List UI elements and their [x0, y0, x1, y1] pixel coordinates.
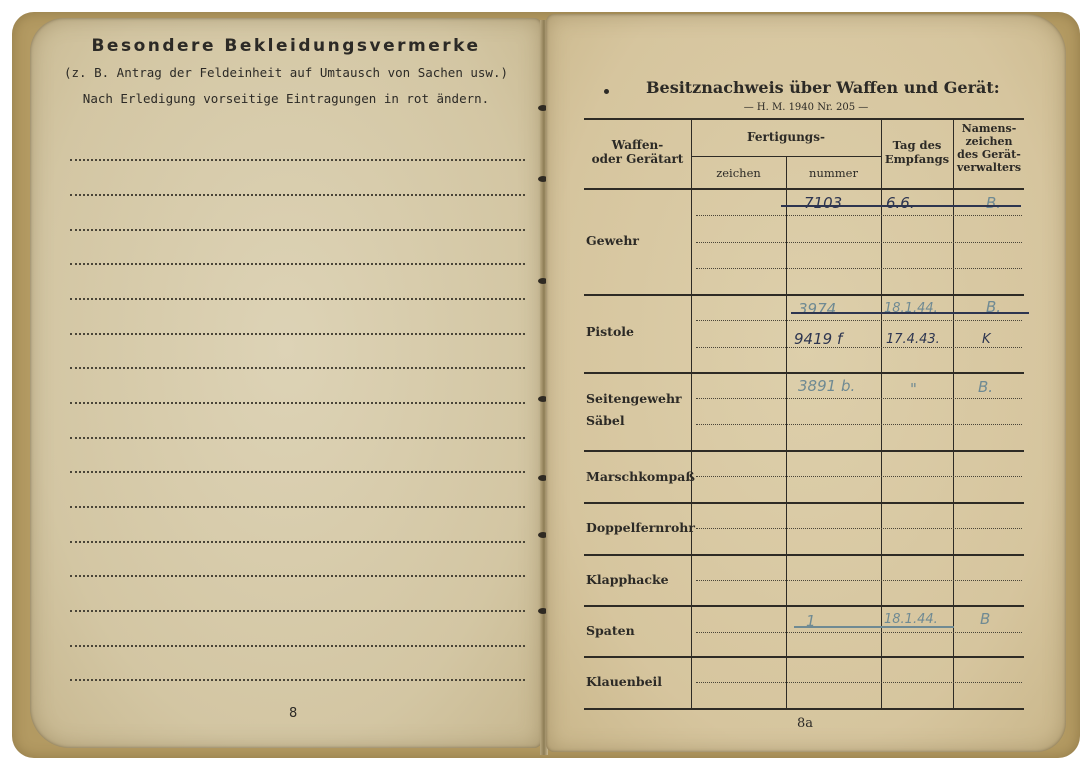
row-border [584, 372, 1024, 374]
row-label-line: Säbel [586, 410, 682, 432]
row-label-line: Seitengewehr [586, 388, 682, 410]
handwritten-serial: 3974 [798, 300, 836, 318]
table-bottom-border [584, 708, 1024, 710]
entry-line[interactable] [696, 347, 1022, 348]
handwritten-initials: B. [978, 378, 993, 396]
entry-line[interactable] [696, 398, 1022, 399]
entry-line[interactable] [696, 242, 1022, 243]
entry-line[interactable] [696, 424, 1022, 425]
header-receipt-date: Tag des Empfangs [881, 138, 953, 166]
row-label-klapphacke: Klapphacke [586, 569, 669, 591]
entry-line[interactable] [696, 528, 1022, 529]
row-label-pistole: Pistole [586, 321, 634, 343]
blank-entry-line[interactable] [70, 679, 525, 681]
handwritten-ditto: " [910, 380, 917, 398]
row-border [584, 502, 1024, 504]
header-custodian-initials: Namens- zeichen des Gerät- verwalters [953, 122, 1025, 174]
strike-through-line [794, 626, 954, 628]
header-line: Tag des [881, 138, 953, 152]
header-line: Waffen- [584, 138, 691, 152]
regulation-reference: — H. M. 1940 Nr. 205 — [546, 102, 1066, 113]
handwritten-serial: 9419 f [794, 330, 842, 348]
blank-entry-line[interactable] [70, 298, 525, 300]
blank-entry-line[interactable] [70, 263, 525, 265]
header-line: oder Gerätart [584, 152, 691, 166]
header-manufacture-mark: zeichen [691, 166, 786, 180]
strike-through-line [791, 312, 1029, 314]
entry-line[interactable] [696, 268, 1022, 269]
blank-entry-line[interactable] [70, 402, 525, 404]
entry-line[interactable] [696, 320, 1022, 321]
strike-through-line [781, 205, 1021, 207]
header-item-type: Waffen- oder Gerätart [584, 138, 691, 166]
handwritten-date: 18.1.44. [884, 612, 938, 627]
blank-entry-line[interactable] [70, 575, 525, 577]
entry-line[interactable] [696, 580, 1022, 581]
blank-entry-line[interactable] [70, 645, 525, 647]
handwritten-date: 6.6. [886, 194, 915, 212]
row-label-klauenbeil: Klauenbeil [586, 671, 662, 693]
blank-entry-line[interactable] [70, 610, 525, 612]
entry-line[interactable] [696, 632, 1022, 633]
header-line: Empfangs [881, 152, 953, 166]
row-border [584, 294, 1024, 296]
header-manufacture-group: Fertigungs- [691, 130, 881, 144]
left-page-title: Besondere Bekleidungsvermerke [30, 36, 542, 56]
header-line: Namens- [953, 122, 1025, 135]
left-page: Besondere Bekleidungsvermerke (z. B. Ant… [30, 18, 542, 748]
left-page-subtitle-2: Nach Erledigung vorseitige Eintragungen … [30, 91, 542, 106]
header-line: verwalters [953, 161, 1025, 174]
entry-line[interactable] [696, 215, 1022, 216]
blank-entry-line[interactable] [70, 471, 525, 473]
handwritten-initials: B. [986, 194, 1001, 212]
column-divider [786, 156, 787, 708]
blank-entry-line[interactable] [70, 541, 525, 543]
bullet-mark [604, 89, 609, 94]
row-label-doppelfernrohr: Doppelfernrohr [586, 517, 695, 539]
handwritten-initials: B [980, 610, 990, 628]
row-border [584, 605, 1024, 607]
entry-line[interactable] [696, 476, 1022, 477]
header-line: zeichen [953, 135, 1025, 148]
table-top-border [584, 118, 1024, 120]
blank-entry-line[interactable] [70, 506, 525, 508]
header-line: des Gerät- [953, 148, 1025, 161]
right-page-number: 8a [797, 716, 813, 731]
handwritten-serial: 7103 [804, 194, 842, 212]
blank-entry-line[interactable] [70, 367, 525, 369]
handwritten-initials: K [982, 332, 991, 347]
row-label-marschkompass: Marschkompaß [586, 466, 695, 488]
handwritten-date: 17.4.43. [886, 332, 940, 347]
right-page-title: Besitznachweis über Waffen und Gerät: [646, 78, 1000, 97]
handwritten-serial: 3891 b. [798, 377, 855, 395]
row-label-spaten: Spaten [586, 620, 635, 642]
blank-entry-line[interactable] [70, 229, 525, 231]
header-manufacture-number: nummer [786, 166, 881, 180]
header-bottom-border [584, 188, 1024, 190]
row-label-gewehr: Gewehr [586, 230, 639, 252]
blank-entry-line[interactable] [70, 333, 525, 335]
row-label-seitengewehr: Seitengewehr Säbel [586, 388, 682, 432]
blank-entry-line[interactable] [70, 159, 525, 161]
left-page-number: 8 [289, 706, 297, 721]
right-page: Besitznachweis über Waffen und Gerät: — … [546, 14, 1066, 752]
blank-entry-line[interactable] [70, 437, 525, 439]
column-divider [691, 118, 692, 708]
row-border [584, 554, 1024, 556]
left-page-subtitle-1: (z. B. Antrag der Feldeinheit auf Umtaus… [30, 65, 542, 80]
row-border [584, 656, 1024, 658]
row-border [584, 450, 1024, 452]
blank-entry-line[interactable] [70, 194, 525, 196]
entry-line[interactable] [696, 682, 1022, 683]
